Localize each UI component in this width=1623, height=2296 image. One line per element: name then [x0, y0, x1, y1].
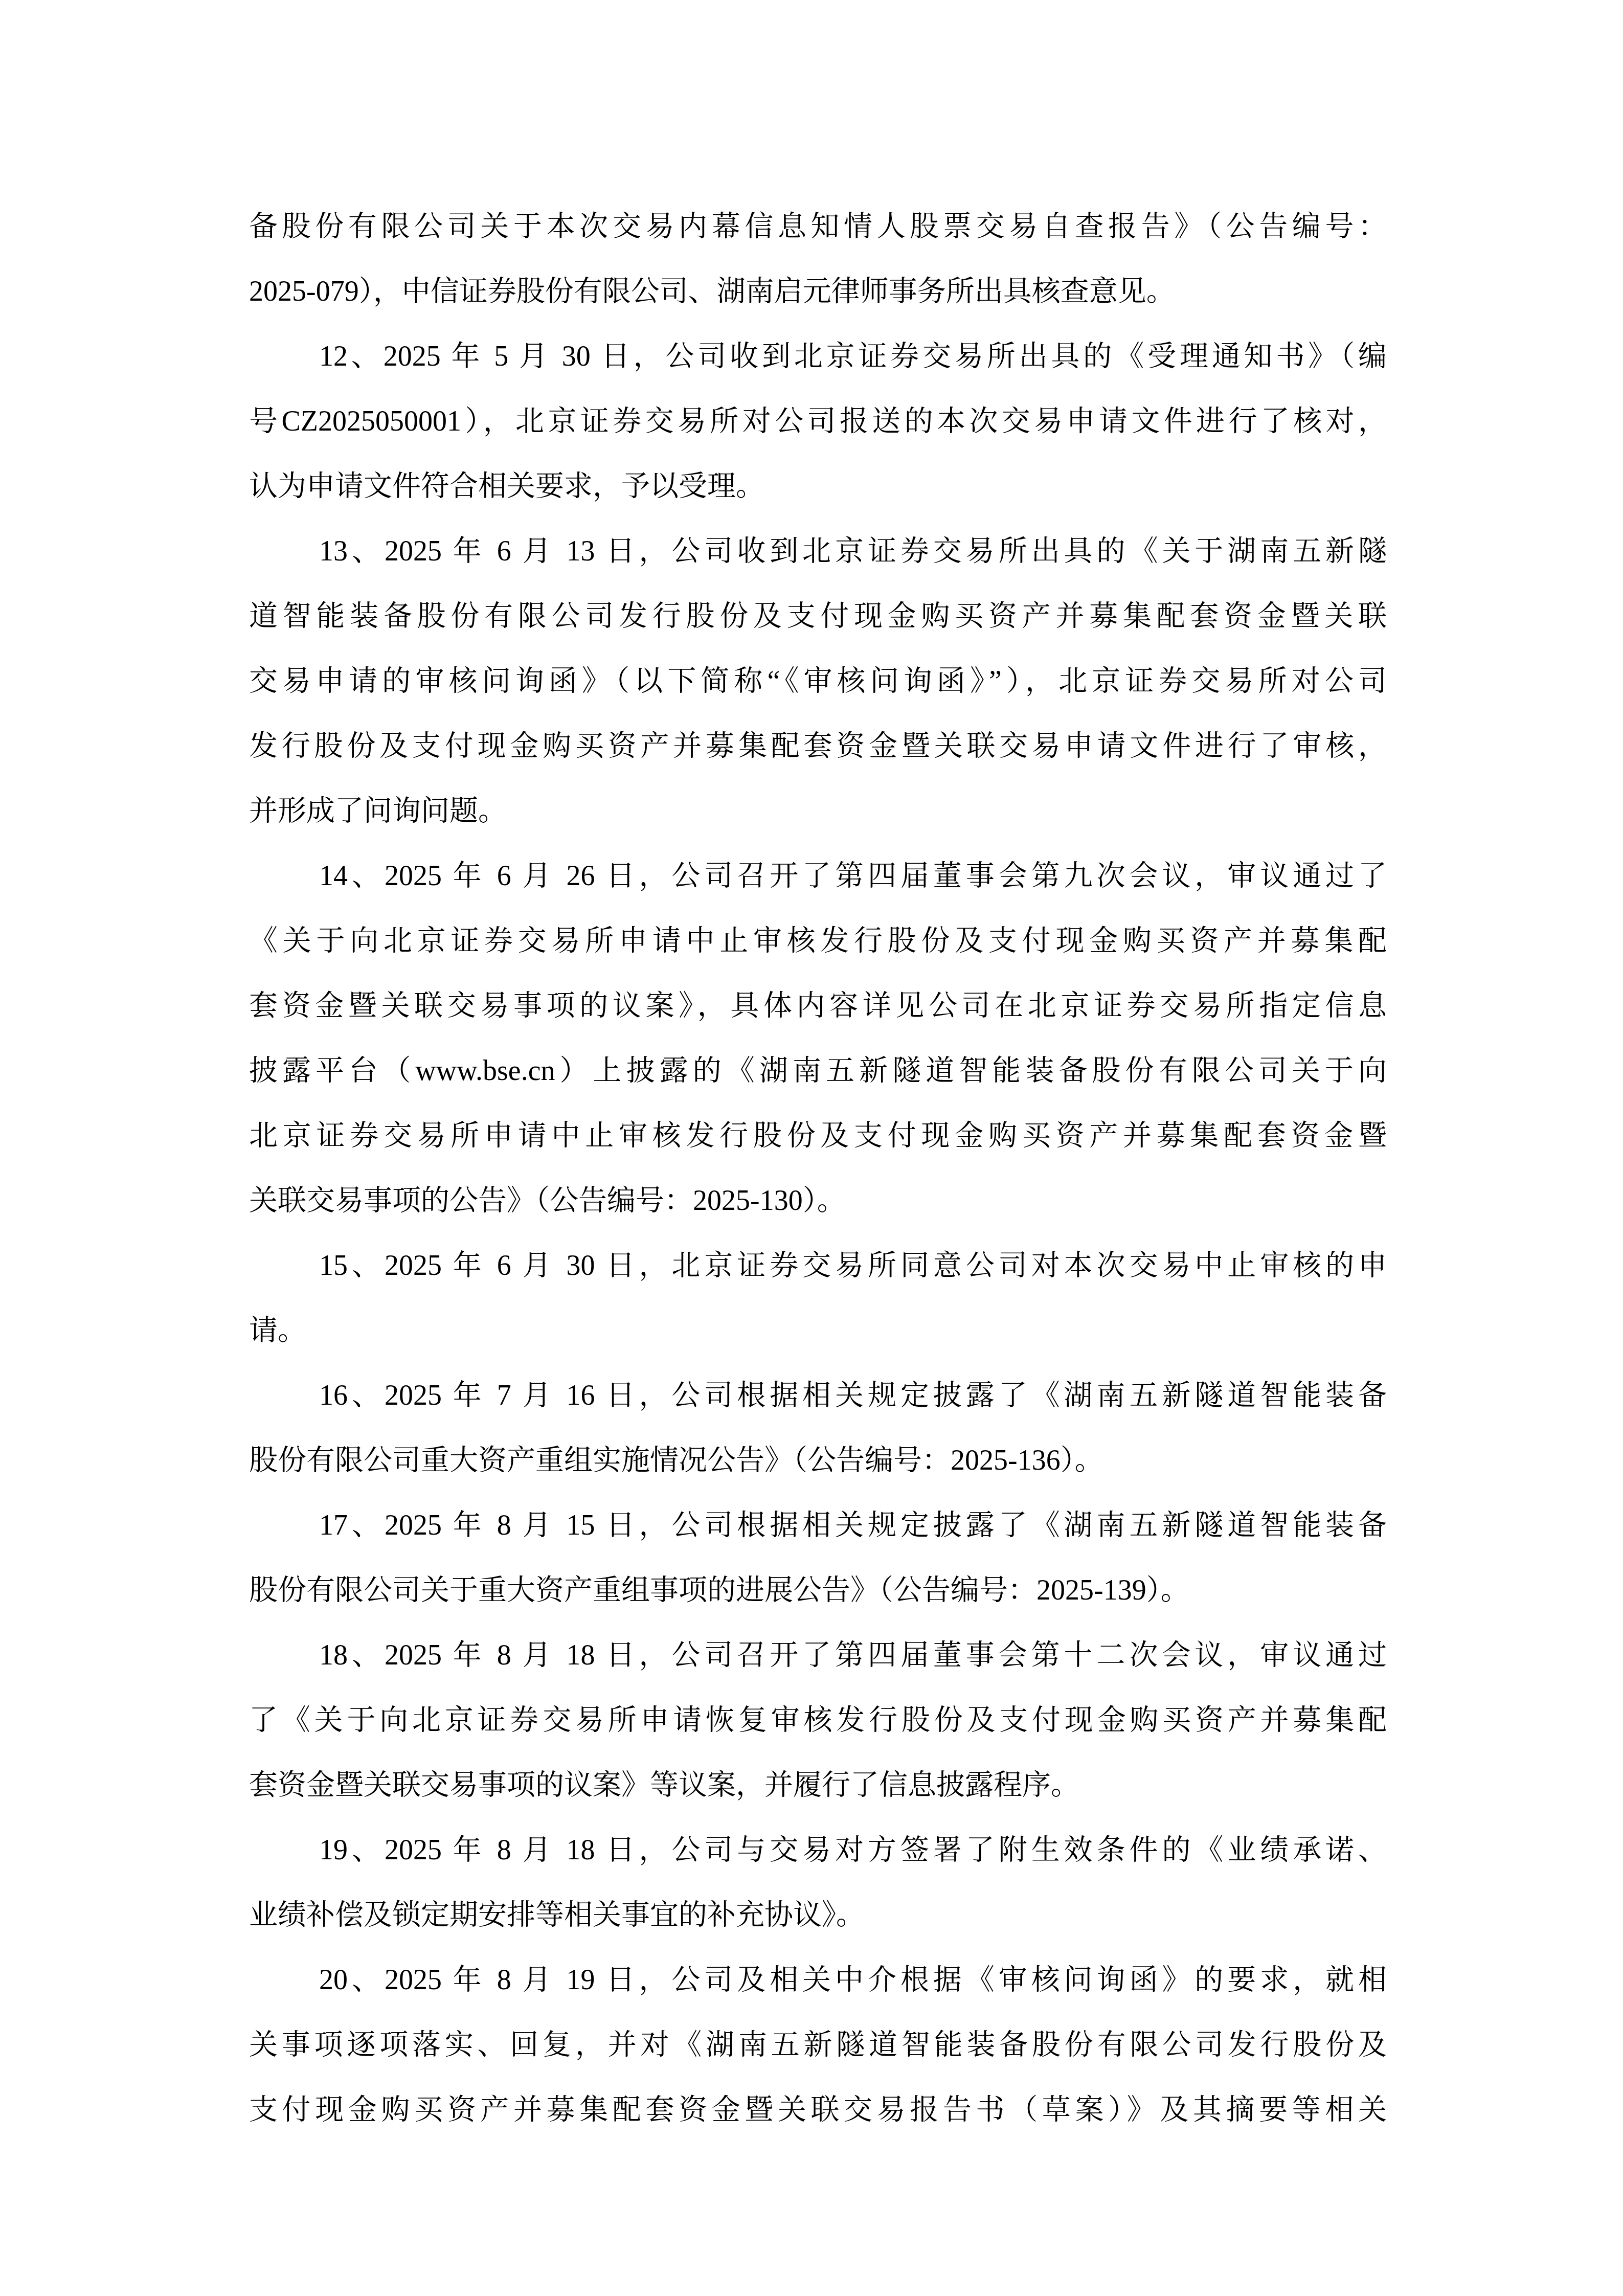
- text-line: 18、2025 年 8 月 18 日，公司召开了第四届董事会第十二次会议，审议通…: [249, 1623, 1387, 1688]
- text-line: 发行股份及支付现金购买资产并募集配套资金暨关联交易申请文件进行了审核，: [249, 714, 1387, 779]
- text-line: 北京证券交易所申请中止审核发行股份及支付现金购买资产并募集配套资金暨: [249, 1104, 1387, 1168]
- paragraph: 20、2025 年 8 月 19 日，公司及相关中介根据《审核问询函》的要求，就…: [249, 1948, 1387, 2143]
- paragraph: 17、2025 年 8 月 15 日，公司根据相关规定披露了《湖南五新隧道智能装…: [249, 1493, 1387, 1623]
- text-line: 15、2025 年 6 月 30 日，北京证券交易所同意公司对本次交易中止审核的…: [249, 1233, 1387, 1298]
- text-line: 股份有限公司重大资产重组实施情况公告》（公告编号：2025-136）。: [249, 1428, 1387, 1493]
- text-line: 12、2025 年 5 月 30 日，公司收到北京证券交易所出具的《受理通知书》…: [249, 324, 1387, 389]
- text-line: 关事项逐项落实、回复，并对《湖南五新隧道智能装备股份有限公司发行股份及: [249, 2013, 1387, 2078]
- paragraph: 备股份有限公司关于本次交易内幕信息知情人股票交易自查报告》（公告编号：2025-…: [249, 194, 1387, 324]
- text-line: 了《关于向北京证券交易所申请恢复审核发行股份及支付现金购买资产并募集配: [249, 1688, 1387, 1753]
- document-page: 备股份有限公司关于本次交易内幕信息知情人股票交易自查报告》（公告编号：2025-…: [0, 0, 1623, 2296]
- text-line: 并形成了问询问题。: [249, 779, 1387, 844]
- text-line: 道智能装备股份有限公司发行股份及支付现金购买资产并募集配套资金暨关联: [249, 584, 1387, 649]
- text-line: 19、2025 年 8 月 18 日，公司与交易对方签署了附生效条件的《业绩承诺…: [249, 1818, 1387, 1883]
- text-line: 14、2025 年 6 月 26 日，公司召开了第四届董事会第九次会议，审议通过…: [249, 844, 1387, 909]
- text-line: 号CZ2025050001），北京证券交易所对公司报送的本次交易申请文件进行了核…: [249, 389, 1387, 454]
- text-line: 13、2025 年 6 月 13 日，公司收到北京证券交易所出具的《关于湖南五新…: [249, 519, 1387, 584]
- text-line: 套资金暨关联交易事项的议案》等议案，并履行了信息披露程序。: [249, 1753, 1387, 1818]
- text-line: 请。: [249, 1298, 1387, 1363]
- text-line: 备股份有限公司关于本次交易内幕信息知情人股票交易自查报告》（公告编号：: [249, 194, 1387, 259]
- paragraph: 13、2025 年 6 月 13 日，公司收到北京证券交易所出具的《关于湖南五新…: [249, 519, 1387, 844]
- text-line: 17、2025 年 8 月 15 日，公司根据相关规定披露了《湖南五新隧道智能装…: [249, 1493, 1387, 1558]
- text-line: 2025-079），中信证券股份有限公司、湖南启元律师事务所出具核查意见。: [249, 259, 1387, 324]
- paragraph: 15、2025 年 6 月 30 日，北京证券交易所同意公司对本次交易中止审核的…: [249, 1233, 1387, 1363]
- text-line: 交易申请的审核问询函》（以下简称“《审核问询函》”），北京证券交易所对公司: [249, 649, 1387, 714]
- text-line: 《关于向北京证券交易所申请中止审核发行股份及支付现金购买资产并募集配: [249, 909, 1387, 974]
- text-line: 套资金暨关联交易事项的议案》，具体内容详见公司在北京证券交易所指定信息: [249, 974, 1387, 1039]
- paragraph: 19、2025 年 8 月 18 日，公司与交易对方签署了附生效条件的《业绩承诺…: [249, 1818, 1387, 1948]
- paragraph: 16、2025 年 7 月 16 日，公司根据相关规定披露了《湖南五新隧道智能装…: [249, 1363, 1387, 1493]
- text-line: 支付现金购买资产并募集配套资金暨关联交易报告书（草案）》及其摘要等相关: [249, 2078, 1387, 2143]
- text-line: 股份有限公司关于重大资产重组事项的进展公告》（公告编号：2025-139）。: [249, 1558, 1387, 1623]
- text-line: 20、2025 年 8 月 19 日，公司及相关中介根据《审核问询函》的要求，就…: [249, 1948, 1387, 2013]
- paragraph: 14、2025 年 6 月 26 日，公司召开了第四届董事会第九次会议，审议通过…: [249, 844, 1387, 1233]
- text-line: 披露平台（www.bse.cn）上披露的《湖南五新隧道智能装备股份有限公司关于向: [249, 1039, 1387, 1104]
- text-line: 业绩补偿及锁定期安排等相关事宜的补充协议》。: [249, 1883, 1387, 1948]
- text-line: 16、2025 年 7 月 16 日，公司根据相关规定披露了《湖南五新隧道智能装…: [249, 1363, 1387, 1428]
- document-body: 备股份有限公司关于本次交易内幕信息知情人股票交易自查报告》（公告编号：2025-…: [249, 194, 1387, 2143]
- text-line: 关联交易事项的公告》（公告编号：2025-130）。: [249, 1168, 1387, 1233]
- paragraph: 12、2025 年 5 月 30 日，公司收到北京证券交易所出具的《受理通知书》…: [249, 324, 1387, 519]
- text-line: 认为申请文件符合相关要求，予以受理。: [249, 454, 1387, 519]
- paragraph: 18、2025 年 8 月 18 日，公司召开了第四届董事会第十二次会议，审议通…: [249, 1623, 1387, 1818]
